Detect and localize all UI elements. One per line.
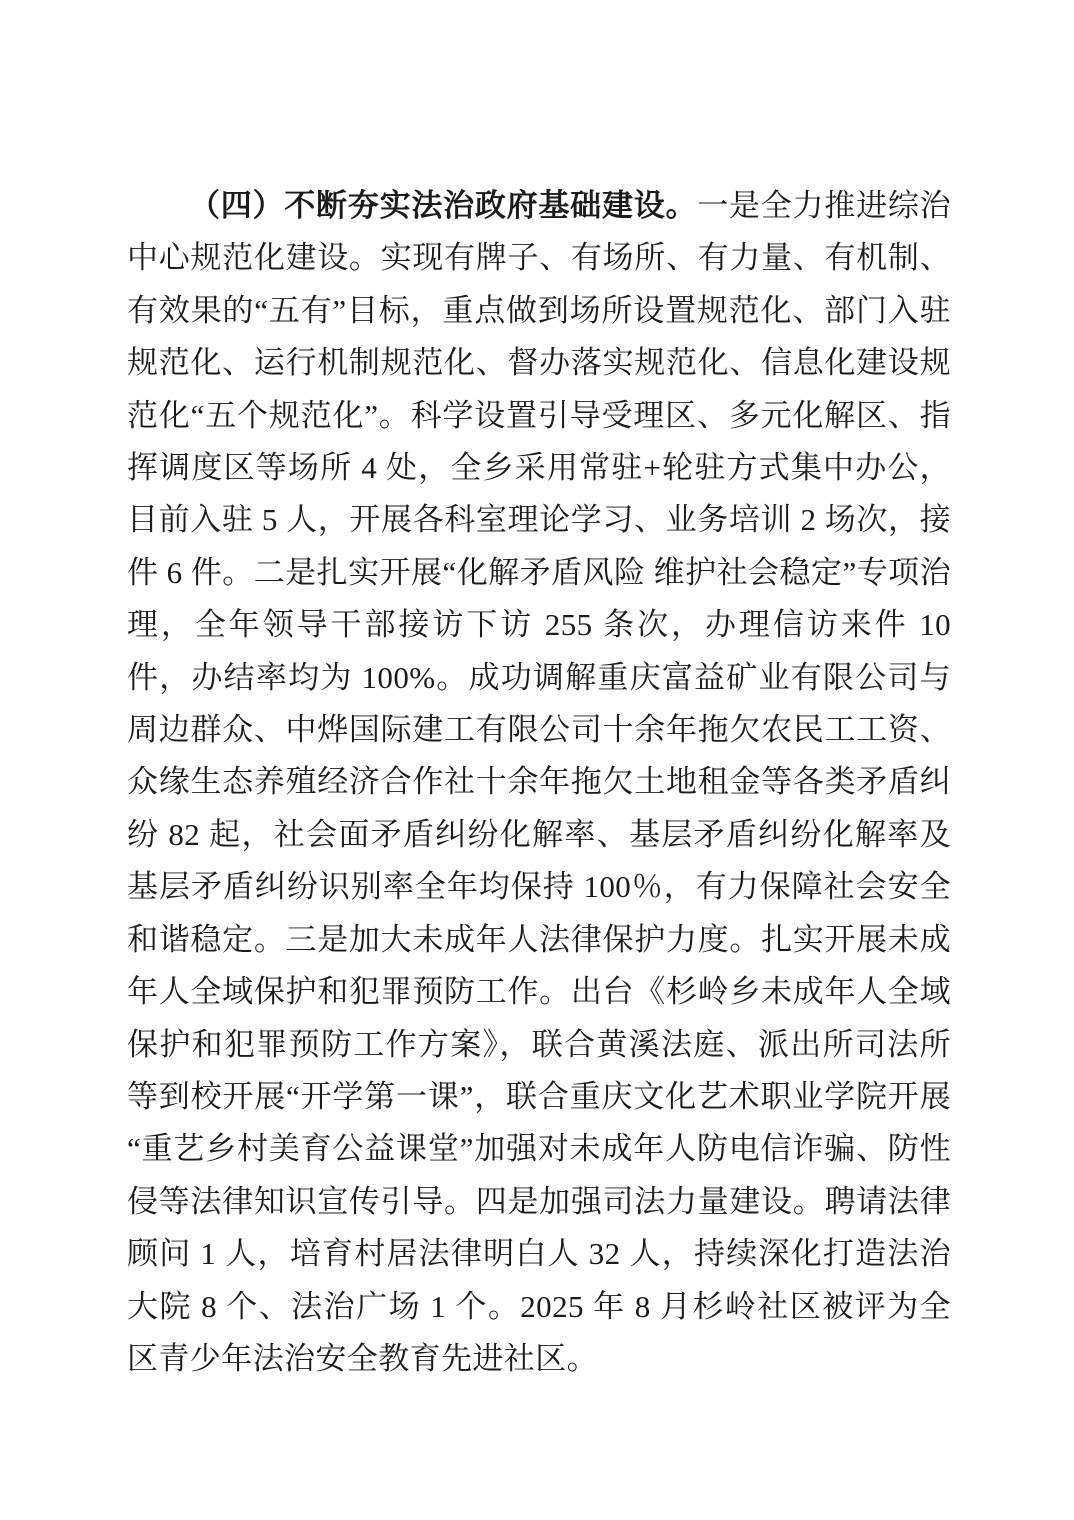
paragraph-lead-heading: （四）不断夯实法治政府基础建设。 (189, 188, 697, 223)
document-page: （四）不断夯实法治政府基础建设。一是全力推进综治中心规范化建设。实现有牌子、有场… (0, 0, 1074, 1520)
paragraph-body-text: 一是全力推进综治中心规范化建设。实现有牌子、有场所、有力量、有机制、有效果的“五… (127, 188, 951, 1376)
report-paragraph: （四）不断夯实法治政府基础建设。一是全力推进综治中心规范化建设。实现有牌子、有场… (127, 180, 951, 1385)
